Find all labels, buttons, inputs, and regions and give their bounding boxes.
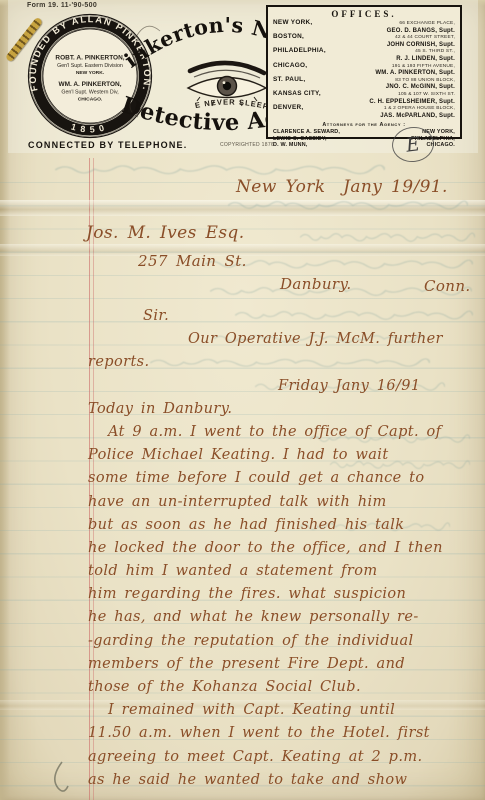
- office-address: 191 & 193 FIFTH AVENUE,: [392, 64, 455, 71]
- handwritten-line: have an un-interrupted talk with him: [88, 491, 483, 514]
- handwritten-line: as he said he wanted to take and show: [88, 769, 483, 792]
- handwritten-line: but as soon as he had finished his talk: [88, 514, 483, 537]
- handwritten-line: reports.: [88, 351, 483, 374]
- office-address: 45 S. THIRD ST.,: [415, 49, 455, 56]
- office-address: 105 & 107 W. SIXTH ST.: [398, 92, 455, 99]
- paper-left-edge: [0, 0, 10, 800]
- state-label: Conn.: [424, 277, 471, 295]
- handwritten-line: he locked the door to the office, and I …: [88, 537, 483, 560]
- letter-body: Sir. Our Operative J.J. McM. further rep…: [88, 305, 483, 792]
- city-label: Danbury.: [280, 275, 352, 293]
- handwritten-line: 11.50 a.m. when I went to the Hotel. fir…: [88, 722, 483, 745]
- offices-list: NEW YORK, 66 EXCHANGE PLACE, GEO. D. BAN…: [273, 20, 455, 119]
- ink-bleed-through: [228, 198, 468, 213]
- handwritten-line: Sir.: [143, 305, 483, 328]
- handwritten-line: At 9 a.m. I went to the office of Capt. …: [108, 421, 483, 444]
- office-row: KANSAS CITY, 105 & 107 W. SIXTH ST. C. H…: [273, 91, 455, 105]
- handwritten-line: those of the Kohanza Social Club.: [88, 676, 483, 699]
- offices-heading: OFFICES.: [273, 9, 455, 19]
- handwritten-line: members of the present Fire Dept. and: [88, 653, 483, 676]
- office-address: 66 EXCHANGE PLACE,: [399, 21, 455, 28]
- office-city: NEW YORK,: [273, 20, 313, 27]
- office-address: 1 & 2 OPERA HOUSE BLOCK,: [384, 106, 455, 113]
- paper-crease: [0, 200, 485, 216]
- office-row: NEW YORK, 66 EXCHANGE PLACE, GEO. D. BAN…: [273, 20, 455, 34]
- handwritten-line: I remained with Capt. Keating until: [108, 699, 483, 722]
- scanned-letter-page: Form 19. 11-'90-500 FOUNDED BY ALLAN PIN…: [0, 0, 485, 800]
- handwritten-line: -garding the reputation of the individua…: [88, 630, 483, 653]
- seal-officer-name: ROBT. A. PINKERTON,: [55, 54, 124, 61]
- office-superintendent: JAS. McPARLAND, Supt.: [273, 113, 455, 120]
- office-row: PHILADELPHIA, 45 S. THIRD ST., R. J. LIN…: [273, 48, 455, 62]
- offices-box: OFFICES. NEW YORK, 66 EXCHANGE PLACE, GE…: [266, 5, 462, 139]
- street-line: 257 Main St.: [138, 252, 247, 270]
- handwritten-line: him regarding the fires. what suspicion: [88, 583, 483, 606]
- handwritten-line: he has, and what he knew personally re-: [88, 606, 483, 629]
- seal-officer-city: CHICAGO.: [78, 97, 103, 103]
- seal-officer-city: NEW YORK.: [76, 70, 105, 76]
- office-row: CHICAGO, 191 & 193 FIFTH AVENUE, WM. A. …: [273, 63, 455, 77]
- office-address: 83 TO 88 UNION BLOCK,: [395, 78, 455, 85]
- annotation-letter: E: [405, 133, 421, 157]
- seal-officer-title: Gen'l Supt. Western Div,: [61, 90, 118, 96]
- ink-bleed-through: [55, 162, 385, 178]
- office-city: DENVER,: [273, 105, 304, 112]
- handwritten-line: agreeing to meet Capt. Keating at 2 p.m.: [88, 746, 483, 769]
- addressee-line: Jos. M. Ives Esq.: [86, 223, 245, 243]
- office-city: BOSTON,: [273, 34, 304, 41]
- handwritten-line: Our Operative J.J. McM. further: [188, 328, 483, 351]
- office-city: KANSAS CITY,: [273, 91, 321, 98]
- attorney-name: D. W. MUNN,: [273, 142, 308, 148]
- office-city: CHICAGO,: [273, 63, 307, 70]
- ink-bleed-through: [300, 230, 475, 245]
- office-row: BOSTON, 42 & 44 COURT STREET, JOHN CORNI…: [273, 34, 455, 48]
- handwritten-line: Friday Jany 16/91: [278, 375, 483, 398]
- handwritten-line: told him I wanted a statement from: [88, 560, 483, 583]
- connected-by-telephone: CONNECTED BY TELEPHONE.: [28, 140, 187, 150]
- attorneys-heading: Attorneys for the Agency :: [273, 122, 455, 129]
- office-row: ST. PAUL, 83 TO 88 UNION BLOCK, JNO. C. …: [273, 77, 455, 91]
- seal-officer-title: Gen'l Supt. Eastern Division: [57, 63, 123, 69]
- office-row: DENVER, 1 & 2 OPERA HOUSE BLOCK, JAS. Mc…: [273, 105, 455, 119]
- copyright-note: COPYRIGHTED 1876.: [220, 142, 276, 148]
- pencil-hook-mark: [48, 760, 70, 794]
- form-number: Form 19. 11-'90-500: [27, 2, 97, 10]
- handwritten-line: Today in Danbury.: [88, 398, 483, 421]
- office-city: PHILADELPHIA,: [273, 48, 326, 55]
- seal-officer-name: WM. A. PINKERTON,: [58, 81, 121, 88]
- office-city: ST. PAUL,: [273, 77, 305, 84]
- dateline: New York Jany 19/91.: [236, 177, 448, 197]
- handwritten-line: Police Michael Keating. I had to wait: [88, 444, 483, 467]
- handwritten-line: some time before I could get a chance to: [88, 467, 483, 490]
- office-address: 42 & 44 COURT STREET,: [395, 35, 455, 42]
